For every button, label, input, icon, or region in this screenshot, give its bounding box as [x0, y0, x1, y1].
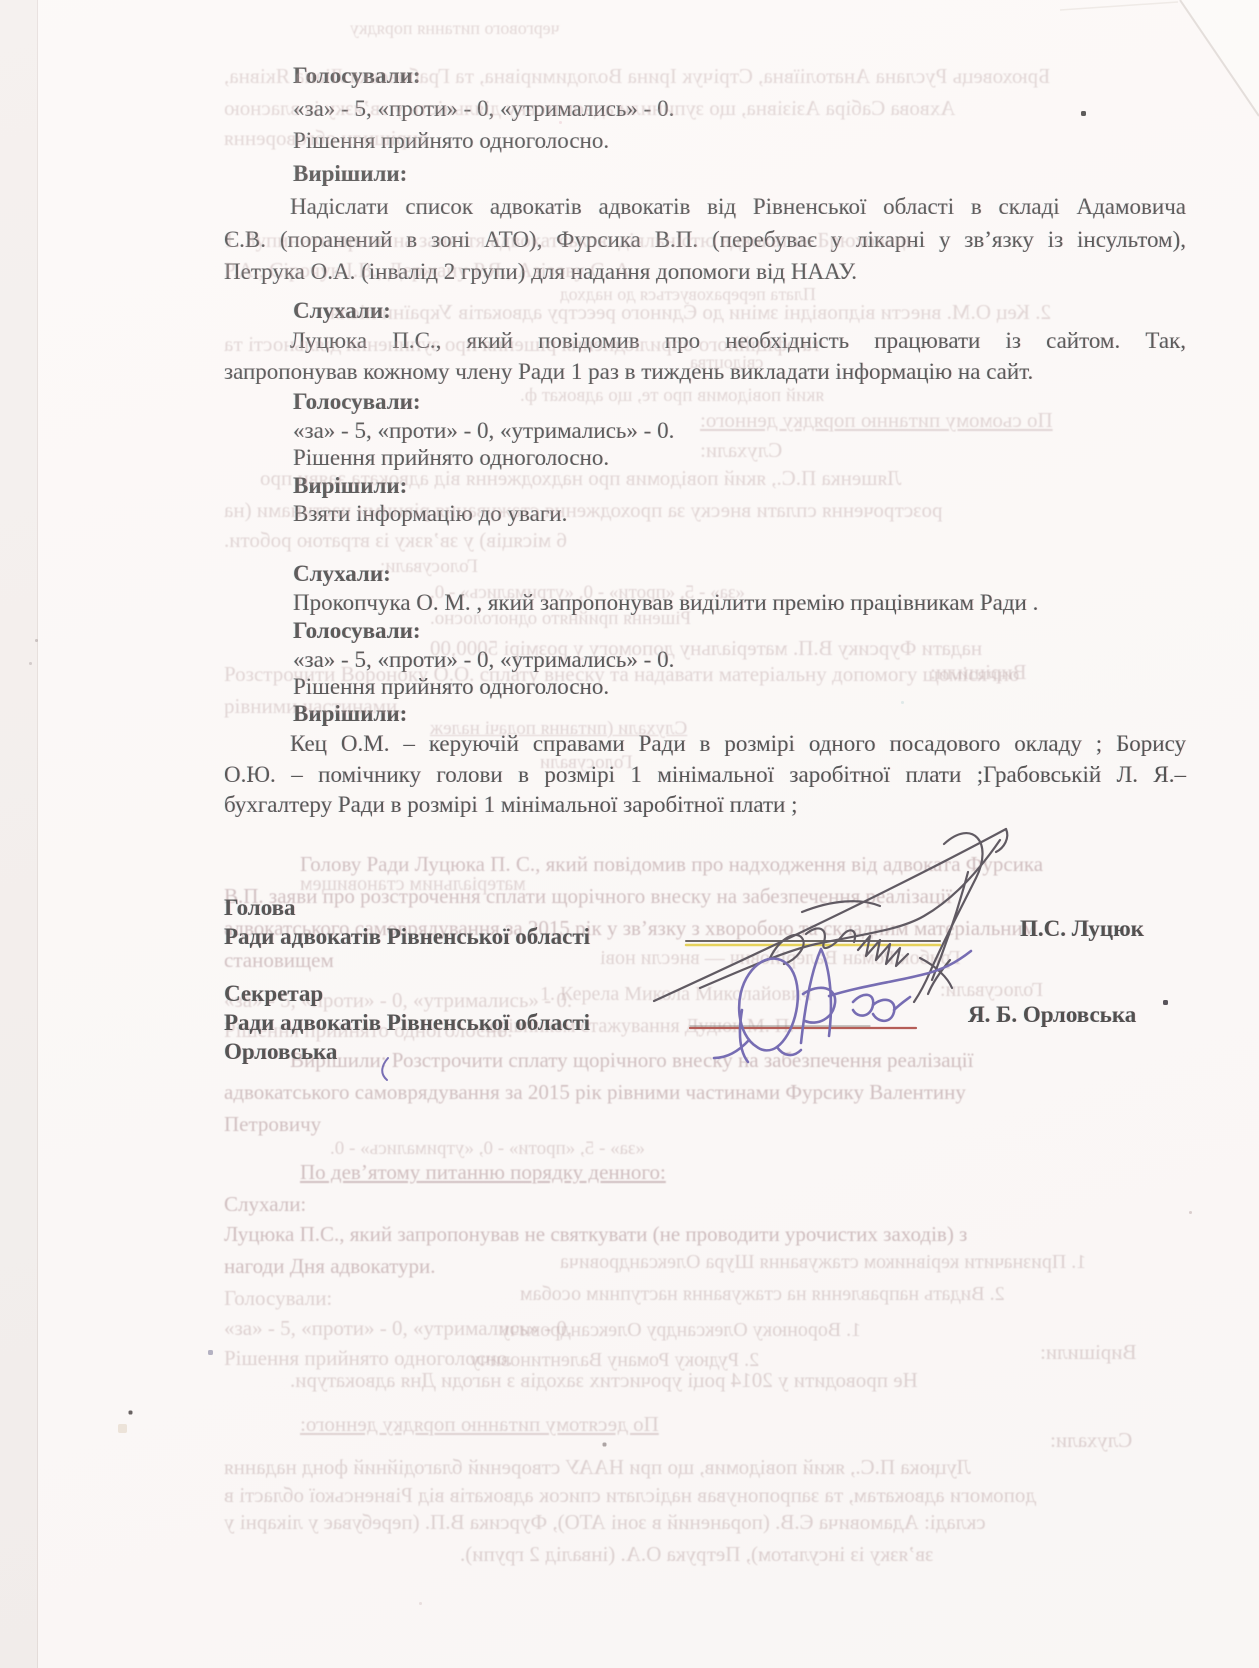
document-text-line: Кец О.М. – керуючій справами Ради в розм…	[224, 730, 1186, 758]
bleedthrough-text-line: Слухали (питання подачі належ	[430, 718, 687, 741]
document-text-line: Надіслати список адвокатів адвокатів від…	[224, 193, 1186, 221]
document-text-line: Вирішили:	[293, 160, 407, 188]
bleedthrough-text-line: По дев’ятому питанню порядку денного:	[300, 1160, 666, 1185]
bleedthrough-text-line: нагоди Дня адвокатури.	[224, 1254, 436, 1279]
bleedthrough-text-line: допомоги адвокатам, та запропонував наді…	[224, 1483, 1036, 1508]
bleedthrough-text-line: Луцюка П.С., який повідомив, що при НААУ…	[224, 1455, 971, 1480]
bleedthrough-text-line: Луцюка П.С., який запропонував не святку…	[224, 1222, 967, 1247]
bleedthrough-text-line: який повідомив про те, що адвокат ф.	[520, 385, 824, 408]
bleedthrough-text-line: Брюховець Руслана Анатоліївна, Стрічук І…	[224, 64, 1050, 89]
bleedthrough-text-line: Слухали:	[224, 1192, 306, 1217]
bleedthrough-text-line: Вирішили:	[1040, 1340, 1137, 1365]
scanned-document-page: Голосували:«за» - 5, «проти» - 0, «утрим…	[0, 0, 1259, 1668]
document-text-line: «за» - 5, «проти» - 0, «утримались» - 0.	[293, 417, 674, 445]
chair-title-line1: Голова	[224, 895, 296, 921]
bleedthrough-text-line: 2. Кец О.М. внести відповідні зміни до Є…	[330, 300, 1051, 325]
bleedthrough-text-line: Ахвова Сабіра Азізівна, що зупинили адво…	[224, 96, 955, 121]
bleedthrough-text-line: надати Фурсику В.П. матеріальну допомогу…	[430, 636, 982, 661]
secretary-title-line1: Секретар	[224, 981, 323, 1007]
bleedthrough-text-line: 6 місяців) у зв’язку із втратою роботи.	[224, 528, 567, 553]
paper-fold-crease	[1000, 0, 1259, 160]
bleedthrough-text-line: По сьомому питанню порядку денного:	[700, 408, 1053, 433]
bleedthrough-text-line: зв’язку із інсультом), Петрука О.А. (інв…	[460, 1542, 933, 1567]
bleedthrough-text-line: 2. Видать направлення на стажування наст…	[520, 1282, 1005, 1306]
bleedthrough-text-line: Розстрочити Вороноку О.О. сплату внеску …	[224, 662, 1019, 687]
secretary-signature-strokes	[382, 949, 971, 1080]
bleedthrough-text-line: Голосували:	[224, 1286, 332, 1311]
bleedthrough-text-line: 1. Призначити керівником стажування Шура…	[560, 1250, 1086, 1274]
bleedthrough-text-line: «за» - 5, «проти» - 0, «утримались» - 0.	[430, 582, 745, 605]
bleedthrough-text-line: Голосували	[540, 752, 633, 775]
document-text-line: Слухали:	[293, 560, 391, 588]
bleedthrough-text-line: Слухали:	[1050, 1428, 1132, 1453]
bleedthrough-text-line: 1. Зупинити право на заняття адвокатсько…	[224, 228, 915, 253]
scan-specks	[0, 0, 1, 1]
secretary-signature	[370, 935, 990, 1095]
bleedthrough-text-line: рівними частинами.	[224, 694, 402, 719]
bleedthrough-text-line: По десятому питанню порядку денного:	[300, 1412, 659, 1437]
bleedthrough-text-line: Ляшенка П.С., який повідомив про надходж…	[260, 466, 901, 491]
bleedthrough-text-line: Петровичу	[224, 1112, 321, 1137]
bleedthrough-text-line: свідоцтва	[690, 352, 763, 374]
document-text-line: Голосували:	[293, 617, 421, 645]
bleedthrough-text-line: 1. Воронюку Олександру Олександровичу	[500, 1318, 861, 1342]
bleedthrough-text-line: Слухали:	[700, 438, 782, 463]
bleedthrough-text-line: «за» - 5, «проти» - 0, «утримались» - 0.	[330, 1138, 645, 1161]
bleedthrough-text-line: Не проводити у 2014 році урочистих заход…	[290, 1368, 918, 1393]
document-text-line: запропонував кожному члену Ради 1 раз в …	[224, 358, 1033, 386]
secretary-title-line3: Орловська	[224, 1039, 337, 1065]
bleedthrough-text-line: Голосували:	[380, 556, 478, 579]
bleedthrough-text-line: становищем	[224, 948, 334, 973]
bleedthrough-text-line: Рішення прийнято одноголосно.	[430, 608, 691, 631]
bleedthrough-text-line: вирішили обговорення	[224, 126, 428, 151]
scanner-edge-strip	[0, 0, 38, 1668]
document-text-line: Голосували:	[293, 388, 421, 416]
bleedthrough-text-line: складі: Адамовича Є.В. (поранений в зоні…	[224, 1510, 986, 1535]
bleedthrough-text-line: чергового питання порядку	[350, 18, 560, 40]
fold-crease-line-2	[1060, 2, 1178, 10]
bleedthrough-text-line: Р.А., Сірочук І.В., Держану Р.Я., Азізов…	[224, 258, 635, 283]
bleedthrough-text-line: розстрочення сплати внеску за проходженн…	[224, 498, 942, 523]
document-text-line: О.Ю. – помічнику голови в розмірі 1 міні…	[224, 761, 1186, 789]
